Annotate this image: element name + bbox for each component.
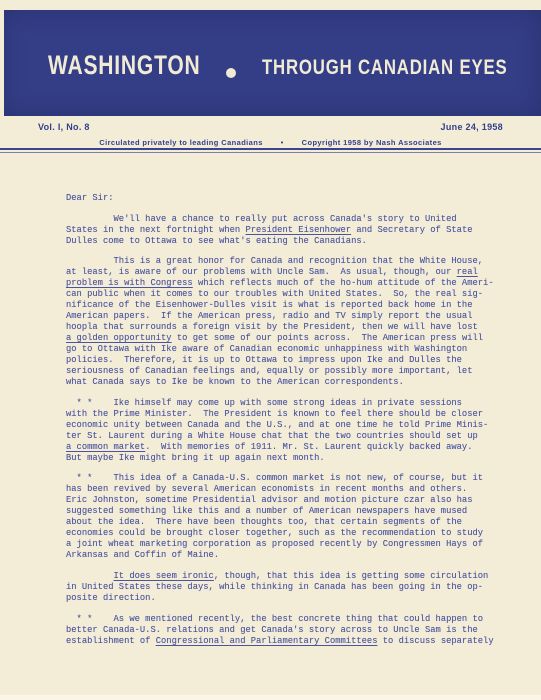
text-line: go to Ottawa with Ike aware of Canadian … <box>66 344 516 355</box>
text-line: better Canada-U.S. relations and get Can… <box>66 625 516 636</box>
text-line: hoopla that surrounds a foreign visit by… <box>66 322 516 333</box>
text-segment: nificance of the Eisenhower-Dulles visit… <box>66 300 472 310</box>
text-line: * * Ike himself may come up with some st… <box>66 398 516 409</box>
text-segment: * * Ike himself may come up with some st… <box>66 398 462 408</box>
underlined-text: problem is with Congress <box>66 278 193 288</box>
underlined-text: a common market <box>66 442 145 452</box>
tagline: Circulated privately to leading Canadian… <box>0 138 541 147</box>
volume-label: Vol. I, No. 8 <box>38 122 90 132</box>
text-segment: ter St. Laurent during a White House cha… <box>66 431 478 441</box>
text-segment: what Canada says to Ike be known to the … <box>66 377 404 387</box>
text-line: policies. Therefore, it is up to Ottawa … <box>66 355 516 366</box>
text-line: We'll have a chance to really put across… <box>66 214 516 225</box>
text-segment: We'll have a chance to really put across… <box>66 214 457 224</box>
text-line: economic unity between Canada and the U.… <box>66 420 516 431</box>
text-line: in United States these days, while think… <box>66 582 516 593</box>
text-line: economies could be brought closer togeth… <box>66 528 516 539</box>
text-segment: * * This idea of a Canada-U.S. common ma… <box>66 473 483 483</box>
text-line: at least, is aware of our problems with … <box>66 267 516 278</box>
text-segment <box>66 571 114 581</box>
text-segment: policies. Therefore, it is up to Ottawa … <box>66 355 462 365</box>
text-line: a golden opportunity to get some of our … <box>66 333 516 344</box>
masthead-band: WASHINGTON THROUGH CANADIAN EYES <box>0 10 541 116</box>
text-line: has been revived by several American eco… <box>66 484 516 495</box>
text-line: It does seem ironic, though, that this i… <box>66 571 516 582</box>
text-line: posite direction. <box>66 593 516 604</box>
text-line: This is a great honor for Canada and rec… <box>66 256 516 267</box>
text-segment: establishment of <box>66 636 156 646</box>
masthead-bullet-icon <box>226 68 236 78</box>
text-line: a common market. With memories of 1911. … <box>66 442 516 453</box>
masthead-title-washington: WASHINGTON <box>48 50 201 81</box>
text-segment: suggested something like this and a numb… <box>66 506 467 516</box>
text-line: a joint wheat marketing corporation as p… <box>66 539 516 550</box>
text-line: ter St. Laurent during a White House cha… <box>66 431 516 442</box>
issue-date: June 24, 1958 <box>441 122 503 132</box>
scan-edge-bottom <box>0 695 541 700</box>
underlined-text: President Eisenhower <box>246 225 352 235</box>
text-line: problem is with Congress which reflects … <box>66 278 516 289</box>
text-line: But maybe Ike might bring it up again ne… <box>66 453 516 464</box>
paragraph: We'll have a chance to really put across… <box>66 214 516 247</box>
text-segment: and Secretary of State <box>351 225 472 235</box>
text-segment: go to Ottawa with Ike aware of Canadian … <box>66 344 467 354</box>
text-segment: economic unity between Canada and the U.… <box>66 420 488 430</box>
text-segment: with the Prime Minister. The President i… <box>66 409 483 419</box>
text-segment: American papers. If the American press, … <box>66 311 472 321</box>
paragraph: This is a great honor for Canada and rec… <box>66 256 516 388</box>
text-line: Eric Johnston, sometime Presidential adv… <box>66 495 516 506</box>
masthead-title-through-canadian-eyes: THROUGH CANADIAN EYES <box>262 56 507 80</box>
text-line: nificance of the Eisenhower-Dulles visit… <box>66 300 516 311</box>
text-segment: better Canada-U.S. relations and get Can… <box>66 625 478 635</box>
text-line: Dulles come to Ottawa to see what's eati… <box>66 236 516 247</box>
salutation: Dear Sir: <box>66 193 516 204</box>
salutation-text: Dear Sir: <box>66 193 114 203</box>
text-segment: at least, is aware of our problems with … <box>66 267 457 277</box>
underlined-text: real <box>457 267 478 277</box>
text-segment: about the idea. There have been thoughts… <box>66 517 462 527</box>
paragraph: * * This idea of a Canada-U.S. common ma… <box>66 473 516 561</box>
text-line: * * This idea of a Canada-U.S. common ma… <box>66 473 516 484</box>
text-line: * * As we mentioned recently, the best c… <box>66 614 516 625</box>
text-line: seriousness of Canadian feelings and, eq… <box>66 366 516 377</box>
text-segment: States in the next fortnight when <box>66 225 246 235</box>
tagline-bullet-icon: • <box>281 140 284 147</box>
letter-body: Dear Sir: We'll have a chance to really … <box>66 193 516 656</box>
newsletter-page: WASHINGTON THROUGH CANADIAN EYES Vol. I,… <box>0 0 541 700</box>
scan-edge-left <box>0 0 4 116</box>
text-segment: Eric Johnston, sometime Presidential adv… <box>66 495 472 505</box>
issue-row: Vol. I, No. 8 June 24, 1958 <box>38 122 503 132</box>
text-segment: Dulles come to Ottawa to see what's eati… <box>66 236 367 246</box>
tagline-circulation: Circulated privately to leading Canadian… <box>99 138 263 147</box>
underlined-text: a golden opportunity <box>66 333 172 343</box>
text-line: about the idea. There have been thoughts… <box>66 517 516 528</box>
text-segment: which reflects much of the ho-hum attitu… <box>193 278 494 288</box>
text-segment: Arkansas and Coffin of Maine. <box>66 550 219 560</box>
text-segment: to discuss separately <box>377 636 493 646</box>
text-segment: can public when it comes to our troubles… <box>66 289 483 299</box>
text-segment: economies could be brought closer togeth… <box>66 528 483 538</box>
text-segment: But maybe Ike might bring it up again ne… <box>66 453 325 463</box>
paragraph: * * As we mentioned recently, the best c… <box>66 614 516 647</box>
underlined-text: It does seem ironic <box>114 571 214 581</box>
text-segment: , though, that this idea is getting some… <box>214 571 489 581</box>
text-segment: This is a great honor for Canada and rec… <box>66 256 483 266</box>
text-segment: posite direction. <box>66 593 156 603</box>
text-segment: * * As we mentioned recently, the best c… <box>66 614 483 624</box>
text-segment: in United States these days, while think… <box>66 582 483 592</box>
text-line: with the Prime Minister. The President i… <box>66 409 516 420</box>
text-segment: seriousness of Canadian feelings and, eq… <box>66 366 472 376</box>
text-segment: has been revived by several American eco… <box>66 484 467 494</box>
header-rule <box>0 148 541 153</box>
text-segment: to get some of our points across. The Am… <box>172 333 483 343</box>
text-line: Arkansas and Coffin of Maine. <box>66 550 516 561</box>
text-line: what Canada says to Ike be known to the … <box>66 377 516 388</box>
text-line: establishment of Congressional and Parli… <box>66 636 516 647</box>
paragraph: * * Ike himself may come up with some st… <box>66 398 516 464</box>
text-segment: hoopla that surrounds a foreign visit by… <box>66 322 478 332</box>
text-line: suggested something like this and a numb… <box>66 506 516 517</box>
text-line: can public when it comes to our troubles… <box>66 289 516 300</box>
text-segment: . With memories of 1911. Mr. St. Laurent… <box>145 442 472 452</box>
paragraph: It does seem ironic, though, that this i… <box>66 571 516 604</box>
text-segment: a joint wheat marketing corporation as p… <box>66 539 483 549</box>
text-line: American papers. If the American press, … <box>66 311 516 322</box>
underlined-text: Congressional and Parliamentary Committe… <box>156 636 378 646</box>
tagline-copyright: Copyright 1958 by Nash Associates <box>302 138 442 147</box>
text-line: States in the next fortnight when Presid… <box>66 225 516 236</box>
